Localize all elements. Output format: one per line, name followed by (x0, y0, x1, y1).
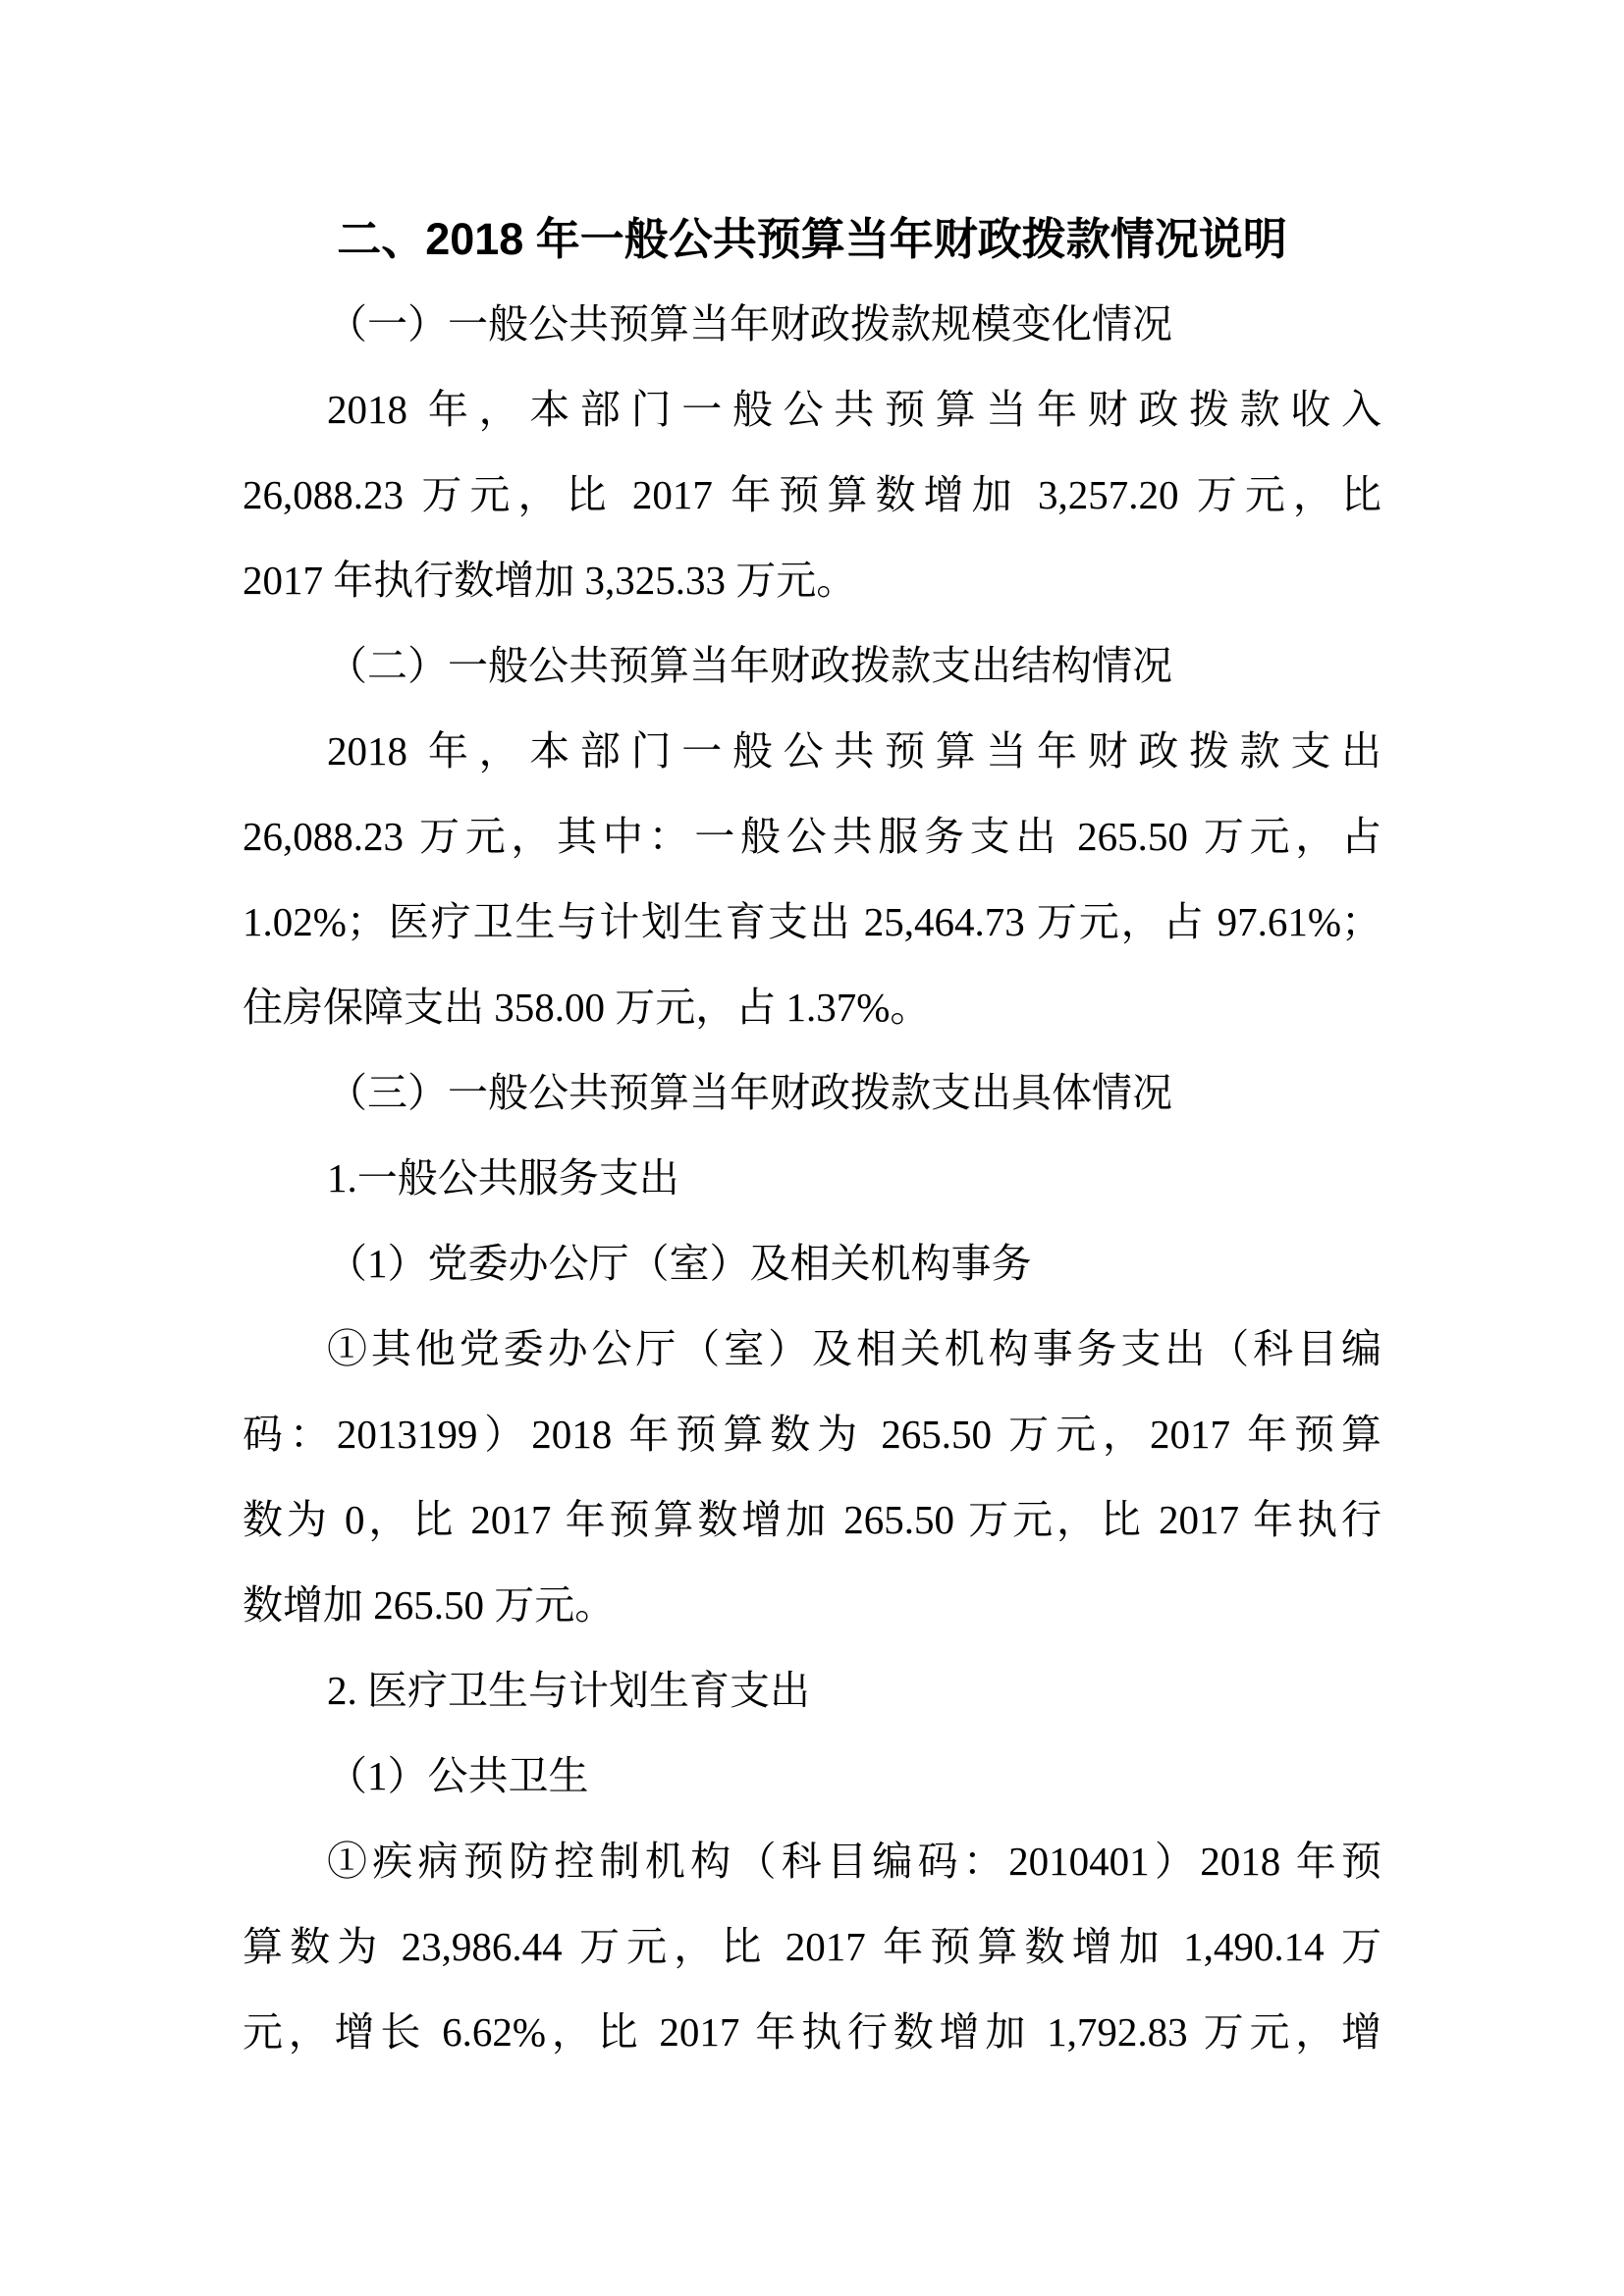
paragraph-line: 住房保障支出 358.00 万元，占 1.37%。 (243, 965, 1381, 1050)
paragraph-line: 数为 0，比 2017 年预算数增加 265.50 万元，比 2017 年执行 (243, 1477, 1381, 1563)
document-content: 二、2018 年一般公共预算当年财政拨款情况说明 （一）一般公共预算当年财政拨款… (243, 196, 1381, 2075)
paragraph-line: 2018 年，本部门一般公共预算当年财政拨款支出 (243, 709, 1381, 794)
page-title: 二、2018 年一般公共预算当年财政拨款情况说明 (243, 196, 1381, 282)
paragraph-line: 1.02%；医疗卫生与计划生育支出 25,464.73 万元，占 97.61%； (243, 880, 1381, 965)
paragraph-line: ①其他党委办公厅（室）及相关机构事务支出（科目编 (243, 1307, 1381, 1392)
document-page: 二、2018 年一般公共预算当年财政拨款情况说明 （一）一般公共预算当年财政拨款… (0, 0, 1624, 2296)
section-heading-2: （二）一般公共预算当年财政拨款支出结构情况 (243, 623, 1381, 709)
section-heading-1: （一）一般公共预算当年财政拨款规模变化情况 (243, 282, 1381, 367)
paragraph-line: 26,088.23 万元，其中：一般公共服务支出 265.50 万元，占 (243, 794, 1381, 880)
subsection-heading: 1.一般公共服务支出 (243, 1136, 1381, 1221)
paragraph-line: 2017 年执行数增加 3,325.33 万元。 (243, 538, 1381, 623)
paragraph-line: 码：2013199）2018 年预算数为 265.50 万元，2017 年预算 (243, 1392, 1381, 1477)
paragraph-line: 算数为 23,986.44 万元，比 2017 年预算数增加 1,490.14 … (243, 1904, 1381, 1990)
subsection-heading: （1）公共卫生 (243, 1734, 1381, 1819)
paragraph-line: 26,088.23 万元，比 2017 年预算数增加 3,257.20 万元，比 (243, 453, 1381, 538)
paragraph-line: ①疾病预防控制机构（科目编码：2010401）2018 年预 (243, 1819, 1381, 1904)
paragraph-line: 数增加 265.50 万元。 (243, 1563, 1381, 1648)
paragraph-line: 2018 年，本部门一般公共预算当年财政拨款收入 (243, 367, 1381, 453)
paragraph-line: 元，增长 6.62%，比 2017 年执行数增加 1,792.83 万元，增 (243, 1990, 1381, 2075)
section-heading-3: （三）一般公共预算当年财政拨款支出具体情况 (243, 1050, 1381, 1136)
subsection-heading: 2. 医疗卫生与计划生育支出 (243, 1648, 1381, 1734)
subsection-heading: （1）党委办公厅（室）及相关机构事务 (243, 1221, 1381, 1307)
